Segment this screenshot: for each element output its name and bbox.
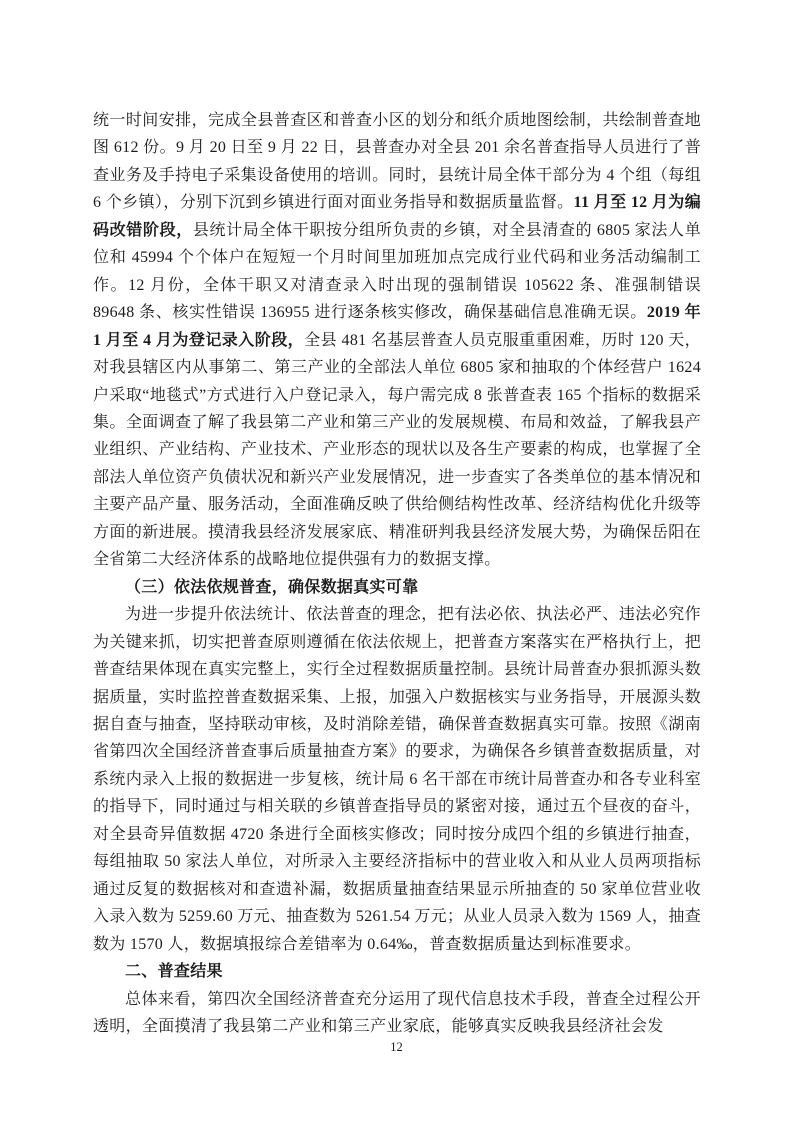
body-paragraph: 统一时间安排，完成全县普查区和普查小区的划分和纸介质地图绘制，共绘制普查地图 6… [93,107,701,574]
section-heading: 二、普查结果 [93,958,701,985]
body-paragraph: 为进一步提升依法统计、依法普查的理念，把有法必依、执法必严、违法必究作为关键来抓… [93,601,701,958]
text-run: 全县 481 名基层普查人员克服重重困难，历时 120 天，对我县辖区内从事第二… [93,332,701,569]
text-run: 总体来看，第四次全国经济普查充分运用了现代信息技术手段，普查全过程公开透明，全面… [93,991,701,1035]
bold-text-run: （三）依法依规普查，确保数据真实可靠 [125,579,418,596]
bold-text-run: 二、普查结果 [125,963,223,980]
document-body: 统一时间安排，完成全县普查区和普查小区的划分和纸介质地图绘制，共绘制普查地图 6… [93,107,701,1040]
text-run: 为进一步提升依法统计、依法普查的理念，把有法必依、执法必严、违法必究作为关键来抓… [93,606,701,952]
body-paragraph: 总体来看，第四次全国经济普查充分运用了现代信息技术手段，普查全过程公开透明，全面… [93,986,701,1041]
page-number: 12 [0,1040,793,1055]
section-heading: （三）依法依规普查，确保数据真实可靠 [93,574,701,601]
document-page: 统一时间安排，完成全县普查区和普查小区的划分和纸介质地图绘制，共绘制普查地图 6… [0,0,793,1122]
